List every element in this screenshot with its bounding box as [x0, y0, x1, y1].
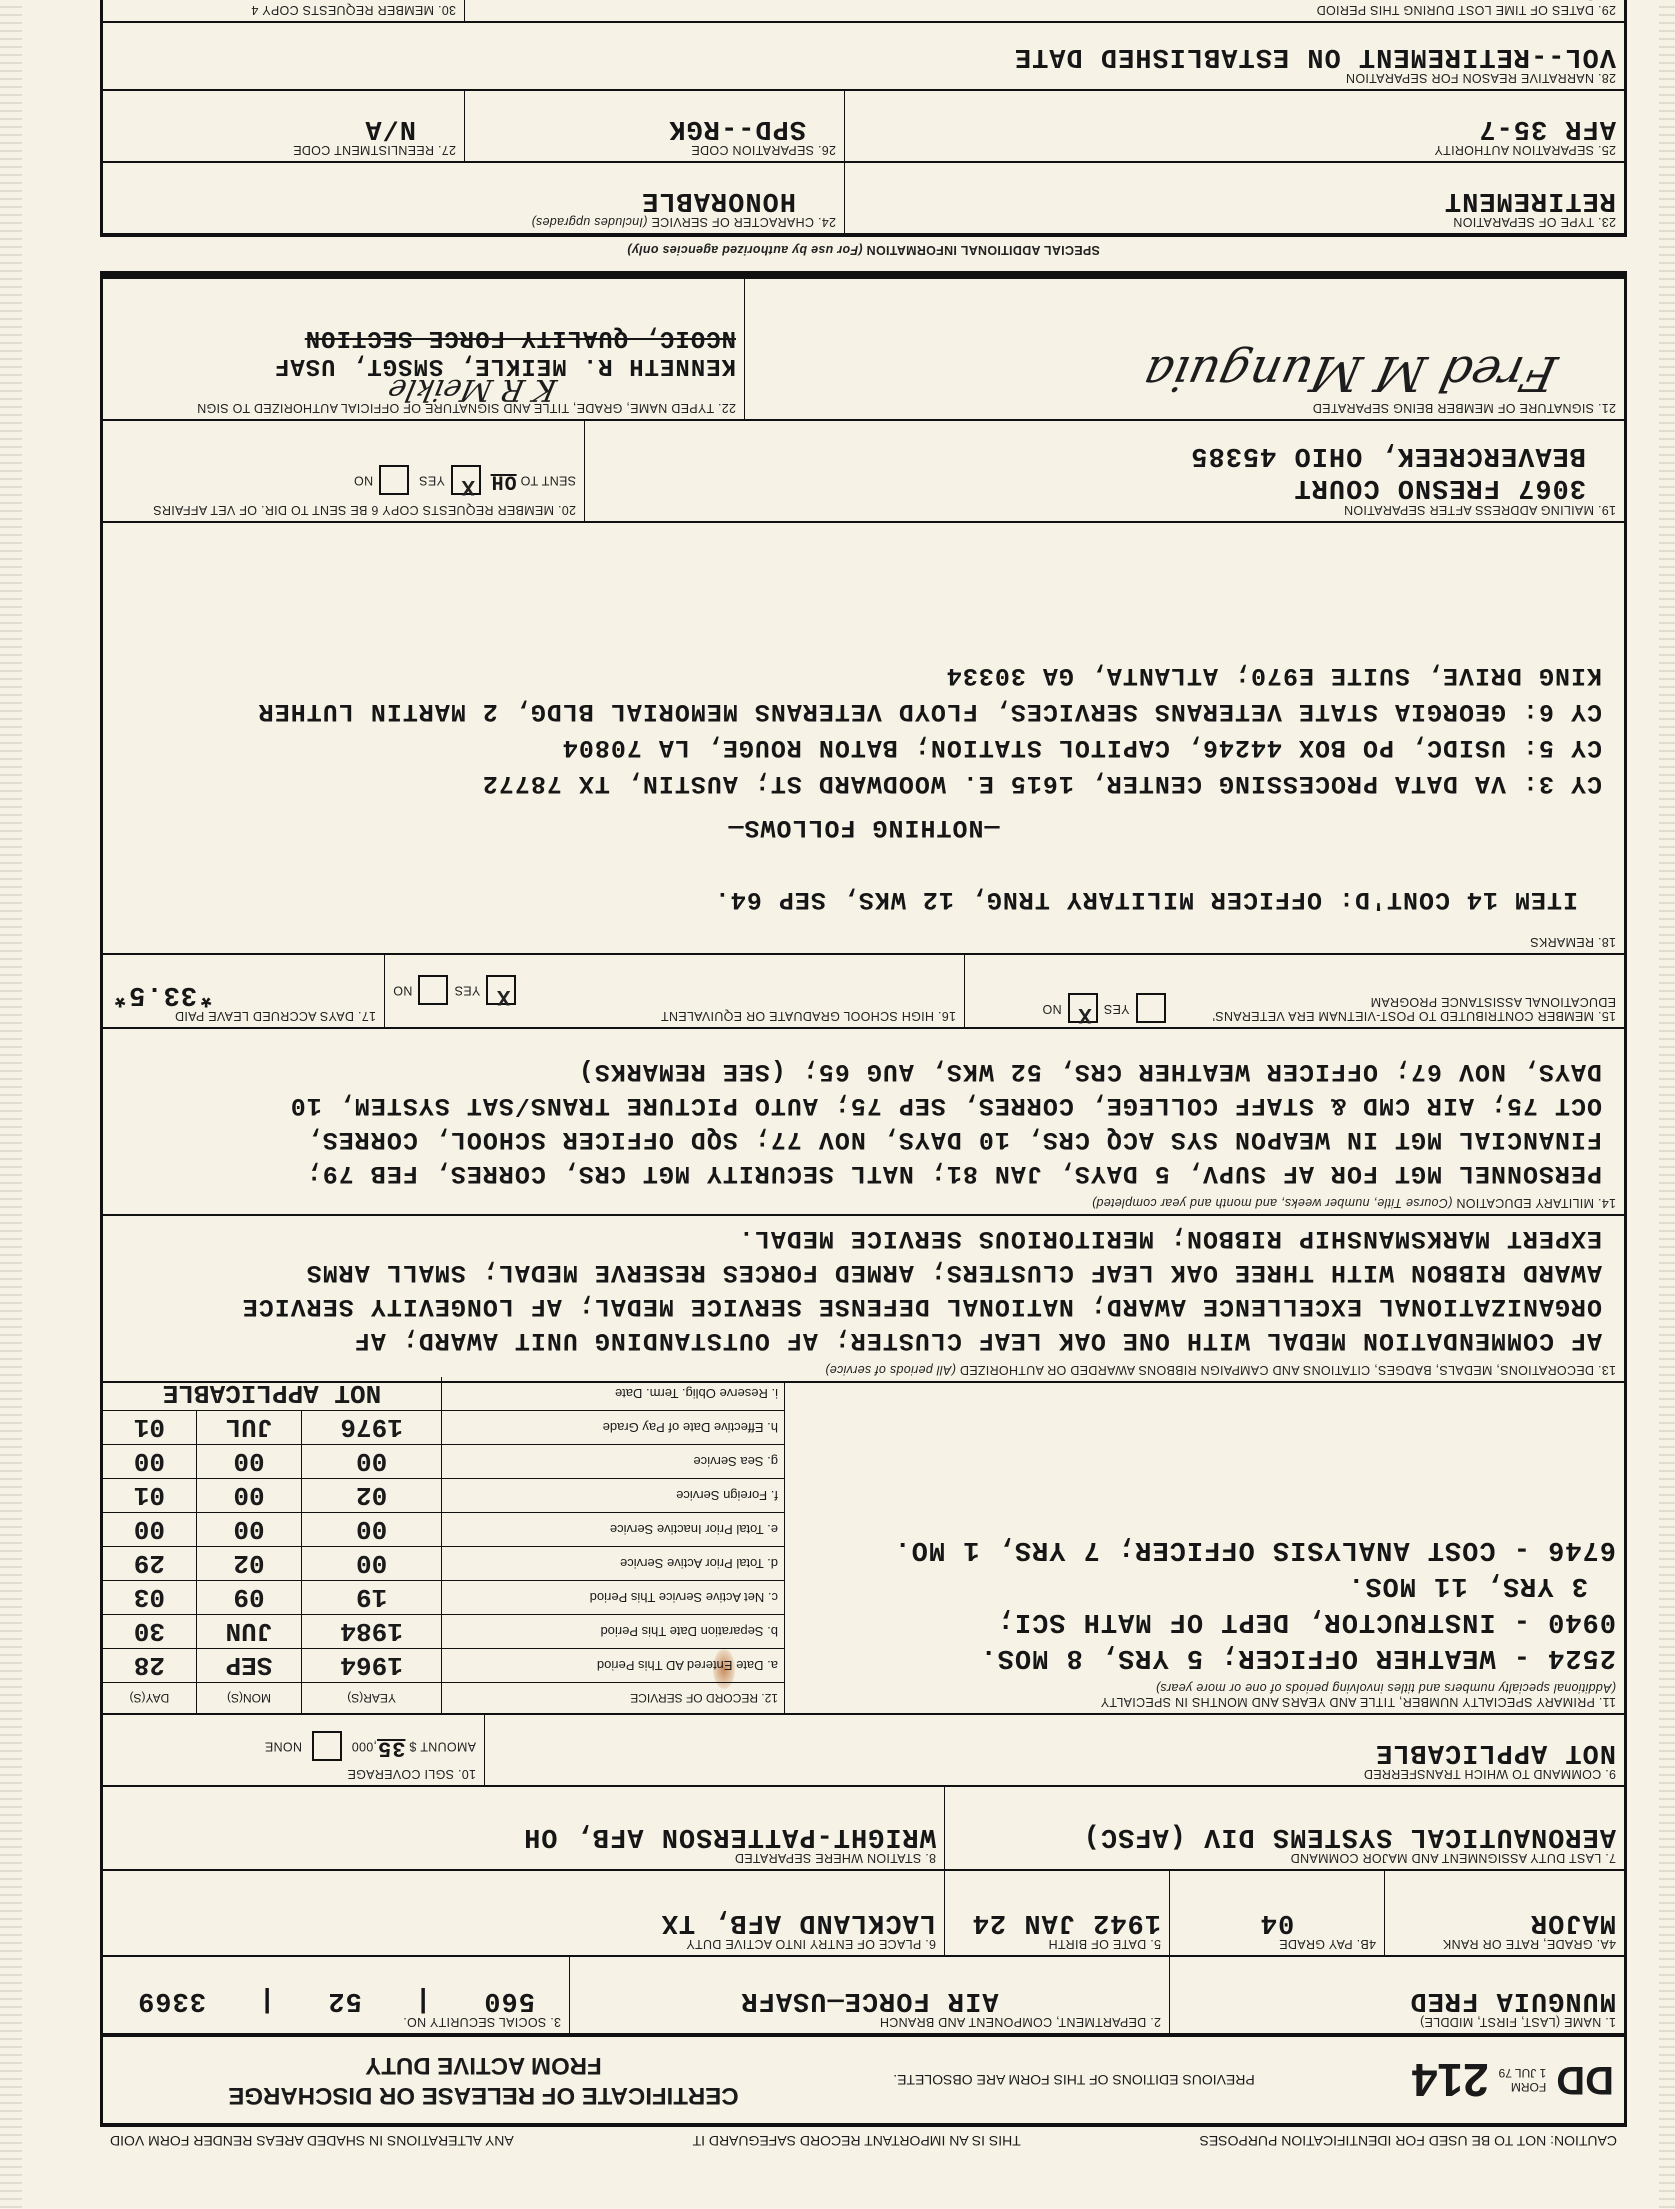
- remarks-text: ITEM 14 CONT'D: OFFICER MILITARY TRNG, 1…: [111, 651, 1616, 923]
- row-grade: 4a. GRADE, RATE OR RANK MAJOR 4b. PAY GR…: [100, 1869, 1627, 1955]
- obsolete-note: PREVIOUS EDITIONS OF THIS FORM ARE OBSOL…: [864, 2072, 1284, 2088]
- row-time-lost: 29. DATES OF TIME LOST DURING THIS PERIO…: [100, 0, 1627, 21]
- field-place-of-entry: 6. PLACE OF ENTRY INTO ACTIVE DUTY LACKL…: [103, 1871, 944, 1955]
- field-reenlistment-code: 27. REENLISTMENT CODE N/A: [103, 91, 464, 161]
- form-header: DD FORM 1 JUL 79 214 PREVIOUS EDITIONS O…: [100, 2033, 1627, 2127]
- field-character-of-service: 24. CHARACTER OF SERVICE (Includes upgra…: [103, 163, 844, 233]
- dd214-form: CAUTION: NOT TO BE USED FOR IDENTIFICATI…: [100, 0, 1627, 2149]
- field-dob: 5. DATE OF BIRTH 1942 JAN 24: [944, 1871, 1169, 1955]
- table-row: a. Date Entered AD This Period1964SEP28: [103, 1649, 784, 1683]
- field-department: 2. DEPARTMENT, COMPONENT AND BRANCH AIR …: [569, 1957, 1169, 2033]
- specialty-lines: 2524 - WEATHER OFFICER; 5 YRS, 8 MOS. 09…: [793, 1531, 1616, 1675]
- table-row: b. Separation Date This Period1984JUN30: [103, 1615, 784, 1649]
- field-sgli: 10. SGLI COVERAGE AMOUNT $ 35,000 NONE: [103, 1715, 484, 1785]
- table-row: f. Foreign Service020001: [103, 1479, 784, 1513]
- field-official: 22. TYPED NAME, GRADE, TITLE AND SIGNATU…: [103, 279, 744, 419]
- field-last-duty: 7. LAST DUTY ASSIGNMENT AND MAJOR COMMAN…: [944, 1787, 1624, 1869]
- form-label-date: FORM 1 JUL 79: [1499, 2066, 1547, 2094]
- field-remarks: 18. REMARKS ITEM 14 CONT'D: OFFICER MILI…: [103, 523, 1624, 953]
- table-row: e. Total Prior Inactive Service000000: [103, 1513, 784, 1547]
- copy6-state: OH: [491, 470, 517, 493]
- field-pay-grade: 4b. PAY GRADE 04: [1169, 1871, 1384, 1955]
- field-copy4: 30. MEMBER REQUESTS COPY 4 f INITIALS: [103, 0, 464, 21]
- ssn-value: 560| 52| 3369: [111, 1985, 561, 2015]
- official-signature: K R Meikle: [385, 372, 560, 407]
- dd214-document: CAUTION: NOT TO BE USED FOR IDENTIFICATI…: [0, 0, 1675, 2209]
- field-narrative-reason: 28. NARRATIVE REASON FOR SEPARATION VOL-…: [103, 23, 1624, 89]
- row-veap-hs-leave: 15. MEMBER CONTRIBUTED TO POST-VIETNAM E…: [100, 953, 1627, 1027]
- field-military-education: 14. MILITARY EDUCATION (Course Title, nu…: [103, 1029, 1624, 1214]
- row-signatures: 21. SIGNATURE OF MEMBER BEING SEPARATED …: [100, 271, 1627, 419]
- hs-no-checkbox[interactable]: [418, 975, 448, 1005]
- education-text: PERSONNEL MGT FOR AF SUPV, 5 DAYS, JAN 8…: [111, 1048, 1616, 1196]
- copy6-yes-checkbox[interactable]: [451, 465, 481, 495]
- field-separation-authority: 25. SEPARATION AUTHORITY AFR 35-7: [844, 91, 1624, 161]
- veap-no-checkbox[interactable]: [1068, 993, 1098, 1023]
- field-specialty: 11. PRIMARY SPECIALTY NUMBER, TITLE AND …: [784, 1383, 1624, 1713]
- veap-yes-checkbox[interactable]: [1136, 993, 1166, 1023]
- row-address: 19. MAILING ADDRESS AFTER SEPARATION 306…: [100, 419, 1627, 521]
- field-veap: 15. MEMBER CONTRIBUTED TO POST-VIETNAM E…: [964, 955, 1624, 1027]
- leave-value: *33.5*: [111, 979, 376, 1009]
- table-row: d. Total Prior Active Service000229: [103, 1547, 784, 1581]
- field-grade: 4a. GRADE, RATE OR RANK MAJOR: [1384, 1871, 1624, 1955]
- hs-yes-checkbox[interactable]: [486, 975, 516, 1005]
- form-number: 214: [1412, 2053, 1489, 2107]
- caution-line: CAUTION: NOT TO BE USED FOR IDENTIFICATI…: [100, 2127, 1627, 2149]
- row-separation-type: 23. TYPE OF SEPARATION RETIREMENT 24. CH…: [100, 161, 1627, 237]
- decorations-text: AF COMMENDATION MEDAL WITH ONE OAK LEAF …: [111, 1215, 1616, 1363]
- row-transfer: 9. COMMAND TO WHICH TRANSFERRED NOT APPL…: [100, 1713, 1627, 1785]
- table-row: h. Effective Date of Pay Grade1976JUL01: [103, 1411, 784, 1445]
- caution-right: ANY ALTERATIONS IN SHADED AREAS RENDER F…: [110, 2133, 514, 2149]
- table-row: g. Sea Service000000: [103, 1445, 784, 1479]
- member-signature: Fred M Munguia: [747, 345, 1622, 401]
- row-military-education: 14. MILITARY EDUCATION (Course Title, nu…: [100, 1027, 1627, 1214]
- agency-code: DD: [1556, 2058, 1614, 2103]
- row-remarks: 18. REMARKS ITEM 14 CONT'D: OFFICER MILI…: [100, 521, 1627, 953]
- field-separation-code: 26. SEPARATION CODE SPD--RGK: [464, 91, 844, 161]
- field-record-of-service: 12. RECORD OF SERVICE YEAR(S) MON(S) DAY…: [103, 1383, 784, 1713]
- row-narrative: 28. NARRATIVE REASON FOR SEPARATION VOL-…: [100, 21, 1627, 89]
- copy6-no-checkbox[interactable]: [379, 465, 409, 495]
- field-type-of-separation: 23. TYPE OF SEPARATION RETIREMENT: [844, 163, 1624, 233]
- caution-center: THIS IS AN IMPORTANT RECORD SAFEGUARD IT: [693, 2133, 1021, 2149]
- special-info-heading: SPECIAL ADDITIONAL INFORMATION (For use …: [100, 237, 1627, 271]
- row-assignment: 7. LAST DUTY ASSIGNMENT AND MAJOR COMMAN…: [100, 1785, 1627, 1869]
- field-station-separated: 8. STATION WHERE SEPARATED WRIGHT-PATTER…: [103, 1787, 944, 1869]
- caution-left: CAUTION: NOT TO BE USED FOR IDENTIFICATI…: [1200, 2133, 1617, 2149]
- field-name: 1. NAME (Last, first, middle) MUNGUIA FR…: [1169, 1957, 1624, 2033]
- name-value: MUNGUIA FRED: [1178, 1985, 1616, 2015]
- field-member-signature: 21. SIGNATURE OF MEMBER BEING SEPARATED …: [744, 279, 1624, 419]
- row-decorations: 13. DECORATIONS, MEDALS, BADGES, CITATIO…: [100, 1214, 1627, 1381]
- field-command-transferred: 9. COMMAND TO WHICH TRANSFERRED NOT APPL…: [484, 1715, 1624, 1785]
- row-identity: 1. NAME (Last, first, middle) MUNGUIA FR…: [100, 1955, 1627, 2033]
- sgli-none-checkbox[interactable]: [312, 1731, 342, 1761]
- field-time-lost: 29. DATES OF TIME LOST DURING THIS PERIO…: [464, 0, 1624, 21]
- table-row: i. Reserve Oblig. Term. DateNOT APPLICAB…: [103, 1377, 784, 1411]
- row-specialty-service: 11. PRIMARY SPECIALTY NUMBER, TITLE AND …: [100, 1381, 1627, 1713]
- field-high-school: 16. HIGH SCHOOL GRADUATE OR EQUIVALENT Y…: [384, 955, 964, 1027]
- department-value: AIR FORCE—USAFR: [578, 1985, 1161, 2015]
- field-ssn: 3. SOCIAL SECURITY NO. 560| 52| 3369: [103, 1957, 569, 2033]
- form-title: CERTIFICATE OF RELEASE OR DISCHARGE FROM…: [103, 2050, 864, 2110]
- row-separation-codes: 25. SEPARATION AUTHORITY AFR 35-7 26. SE…: [100, 89, 1627, 161]
- field-leave: 17. DAYS ACCRUED LEAVE PAID *33.5*: [103, 955, 384, 1027]
- field-decorations: 13. DECORATIONS, MEDALS, BADGES, CITATIO…: [103, 1216, 1624, 1381]
- field-mailing-address: 19. MAILING ADDRESS AFTER SEPARATION 306…: [584, 421, 1624, 521]
- field-copy6: 20. MEMBER REQUESTS COPY 6 BE SENT TO DI…: [103, 421, 584, 521]
- record-of-service-table: 12. RECORD OF SERVICE YEAR(S) MON(S) DAY…: [103, 1377, 784, 1713]
- table-row: c. Net Active Service This Period190903: [103, 1581, 784, 1615]
- form-id: DD FORM 1 JUL 79 214: [1284, 2053, 1624, 2107]
